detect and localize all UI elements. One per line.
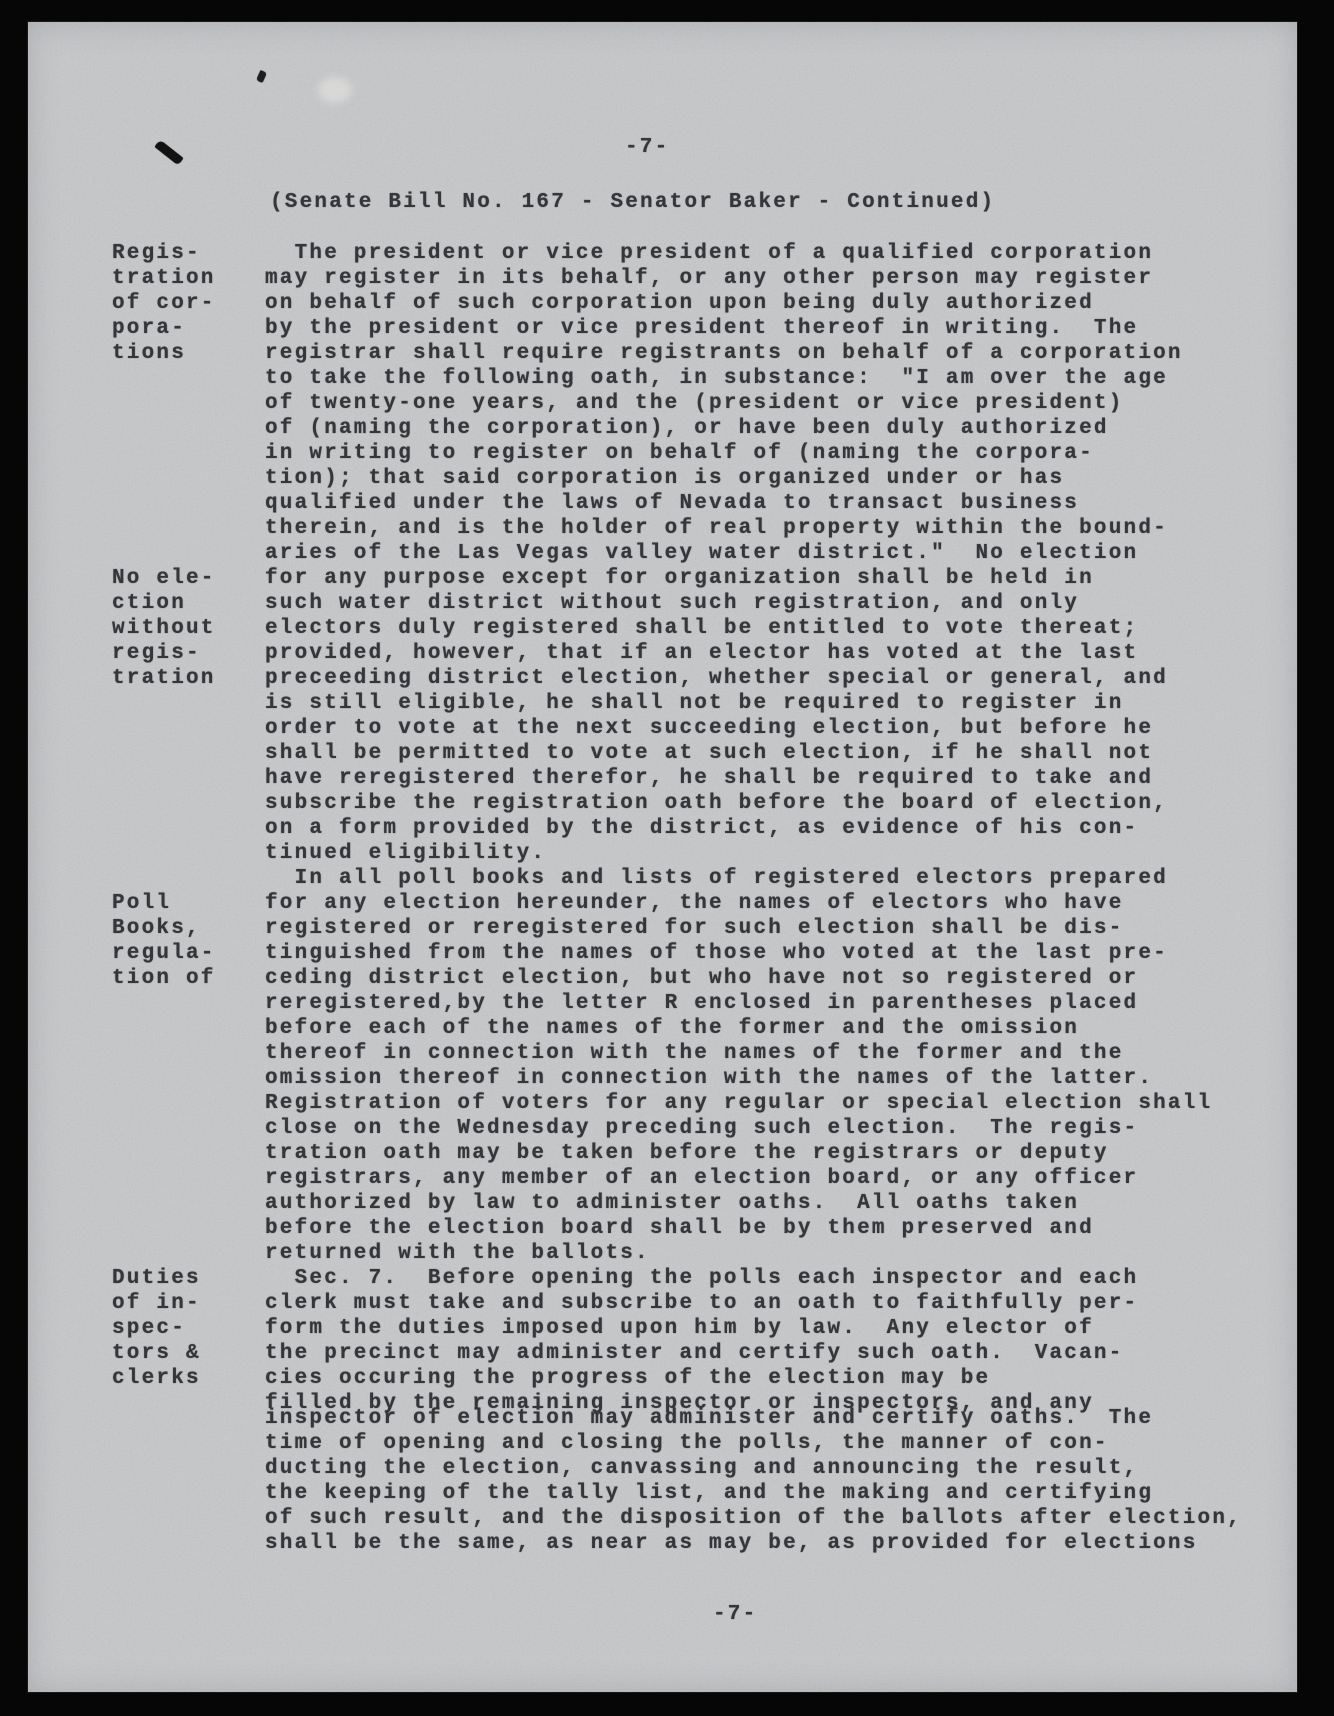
text-line: In all poll books and lists of registere… [112, 866, 1302, 891]
ink-mark [154, 140, 183, 166]
line-text: therein, and is the holder of real prope… [265, 516, 1168, 541]
paper-sheet: -7- (Senate Bill No. 167 - Senator Baker… [28, 22, 1297, 1692]
line-text: omission thereof in connection with the … [265, 1066, 1153, 1091]
line-text: inspector of election may administer and… [265, 1406, 1153, 1431]
text-line: Pollfor any election hereunder, the name… [112, 891, 1302, 916]
line-text: of twenty-one years, and the (president … [265, 391, 1124, 416]
margin-note: regula- [112, 941, 265, 966]
text-line: time of opening and closing the polls, t… [112, 1431, 1302, 1456]
text-line: tration oath may be taken before the reg… [112, 1141, 1302, 1166]
text-line: withoutelectors duly registered shall be… [112, 616, 1302, 641]
margin-note: of in- [112, 1291, 265, 1316]
line-text: Registration of voters for any regular o… [265, 1091, 1212, 1116]
line-text: on behalf of such corporation upon being… [265, 291, 1094, 316]
margin-note: tration [112, 666, 265, 691]
line-text: clerk must take and subscribe to an oath… [265, 1291, 1138, 1316]
line-text: the keeping of the tally list, and the m… [265, 1481, 1153, 1506]
line-text: tinguished from the names of those who v… [265, 941, 1168, 966]
line-text: registrars, any member of an election bo… [265, 1166, 1138, 1191]
text-line: returned with the ballots. [112, 1241, 1302, 1266]
margin-note: Duties [112, 1266, 265, 1291]
line-text: aries of the Las Vegas valley water dist… [265, 541, 1138, 566]
text-line: ducting the election, canvassing and ann… [112, 1456, 1302, 1481]
margin-note: regis- [112, 641, 265, 666]
margin-note: clerks [112, 1366, 265, 1391]
text-line: Duties Sec. 7. Before opening the polls … [112, 1266, 1302, 1291]
line-text: authorized by law to administer oaths. A… [265, 1191, 1079, 1216]
line-text: registered or reregistered for such elec… [265, 916, 1124, 941]
text-line: before each of the names of the former a… [112, 1016, 1302, 1041]
line-text: shall be the same, as near as may be, as… [265, 1531, 1198, 1556]
line-text: electors duly registered shall be entitl… [265, 616, 1138, 641]
page-number-bottom: -7- [713, 1602, 757, 1627]
scanned-document: -7- (Senate Bill No. 167 - Senator Baker… [0, 0, 1334, 1716]
line-text: before the election board shall be by th… [265, 1216, 1094, 1241]
text-line: spec-form the duties imposed upon him by… [112, 1316, 1302, 1341]
ink-speck [256, 70, 267, 83]
line-text: to take the following oath, in substance… [265, 366, 1168, 391]
text-line: of (naming the corporation), or have bee… [112, 416, 1302, 441]
margin-note: of cor- [112, 291, 265, 316]
line-text: close on the Wednesday preceding such el… [265, 1116, 1138, 1141]
line-text: ducting the election, canvassing and ann… [265, 1456, 1138, 1481]
line-text: shall be permitted to vote at such elect… [265, 741, 1153, 766]
text-line: regula-tinguished from the names of thos… [112, 941, 1302, 966]
text-line: tion ofceding district election, but who… [112, 966, 1302, 991]
line-text: subscribe the registration oath before t… [265, 791, 1168, 816]
line-text: tinued eligibility. [265, 841, 546, 866]
line-text: cies occuring the progress of the electi… [265, 1366, 990, 1391]
text-line: before the election board shall be by th… [112, 1216, 1302, 1241]
margin-note: tions [112, 341, 265, 366]
text-line: ctionsuch water district without such re… [112, 591, 1302, 616]
text-line: in writing to register on behalf of (nam… [112, 441, 1302, 466]
line-text: in writing to register on behalf of (nam… [265, 441, 1094, 466]
margin-note: Regis- [112, 241, 265, 266]
line-text: qualified under the laws of Nevada to tr… [265, 491, 1079, 516]
text-line: therein, and is the holder of real prope… [112, 516, 1302, 541]
text-line: reregistered,by the letter R enclosed in… [112, 991, 1302, 1016]
text-line: tors &the precinct may administer and ce… [112, 1341, 1302, 1366]
line-text: returned with the ballots. [265, 1241, 650, 1266]
line-text: the precinct may administer and certify … [265, 1341, 1124, 1366]
line-text: form the duties imposed upon him by law.… [265, 1316, 1094, 1341]
line-text: thereof in connection with the names of … [265, 1041, 1124, 1066]
margin-note: without [112, 616, 265, 641]
text-line: of in-clerk must take and subscribe to a… [112, 1291, 1302, 1316]
line-text: order to vote at the next succeeding ele… [265, 716, 1153, 741]
line-text: ceding district election, but who have n… [265, 966, 1138, 991]
line-text: Sec. 7. Before opening the polls each in… [265, 1266, 1138, 1291]
margin-note: Poll [112, 891, 265, 916]
document-body: Regis- The president or vice president o… [112, 241, 1302, 1556]
text-line: tionsregistrar shall require registrants… [112, 341, 1302, 366]
margin-note: Books, [112, 916, 265, 941]
line-text: of (naming the corporation), or have bee… [265, 416, 1109, 441]
line-text: reregistered,by the letter R enclosed in… [265, 991, 1138, 1016]
margin-note: tration [112, 266, 265, 291]
page-number-top: -7- [625, 135, 669, 160]
text-line: is still eligible, he shall not be requi… [112, 691, 1302, 716]
line-text: time of opening and closing the polls, t… [265, 1431, 1109, 1456]
text-line: the keeping of the tally list, and the m… [112, 1481, 1302, 1506]
margin-note: ction [112, 591, 265, 616]
text-line: of cor-on behalf of such corporation upo… [112, 291, 1302, 316]
text-line: Registration of voters for any regular o… [112, 1091, 1302, 1116]
line-text: on a form provided by the district, as e… [265, 816, 1138, 841]
line-text: In all poll books and lists of registere… [265, 866, 1168, 891]
text-line: authorized by law to administer oaths. A… [112, 1191, 1302, 1216]
text-line: aries of the Las Vegas valley water dist… [112, 541, 1302, 566]
line-text: preceeding district election, whether sp… [265, 666, 1168, 691]
text-line: registrars, any member of an election bo… [112, 1166, 1302, 1191]
text-line: Books,registered or reregistered for suc… [112, 916, 1302, 941]
text-line: No ele-for any purpose except for organi… [112, 566, 1302, 591]
text-line: regis-provided, however, that if an elec… [112, 641, 1302, 666]
margin-note: tion of [112, 966, 265, 991]
line-text: is still eligible, he shall not be requi… [265, 691, 1124, 716]
document-heading: (Senate Bill No. 167 - Senator Baker - C… [270, 190, 995, 215]
text-line: close on the Wednesday preceding such el… [112, 1116, 1302, 1141]
text-line: subscribe the registration oath before t… [112, 791, 1302, 816]
line-text: tion); that said corporation is organize… [265, 466, 1064, 491]
margin-note: No ele- [112, 566, 265, 591]
line-text: registrar shall require registrants on b… [265, 341, 1183, 366]
text-line: shall be the same, as near as may be, as… [112, 1531, 1302, 1556]
line-text: The president or vice president of a qua… [265, 241, 1153, 266]
text-line: of twenty-one years, and the (president … [112, 391, 1302, 416]
text-line: pora-by the president or vice president … [112, 316, 1302, 341]
text-line: have reregistered therefor, he shall be … [112, 766, 1302, 791]
line-text: for any purpose except for organization … [265, 566, 1094, 591]
line-text: tration oath may be taken before the reg… [265, 1141, 1109, 1166]
text-line: to take the following oath, in substance… [112, 366, 1302, 391]
line-text: of such result, and the disposition of t… [265, 1506, 1242, 1531]
margin-note: spec- [112, 1316, 265, 1341]
text-line: clerkscies occuring the progress of the … [112, 1366, 1302, 1391]
line-text: provided, however, that if an elector ha… [265, 641, 1138, 666]
text-line: omission thereof in connection with the … [112, 1066, 1302, 1091]
text-line: qualified under the laws of Nevada to tr… [112, 491, 1302, 516]
text-line: inspector of election may administer and… [112, 1406, 1302, 1431]
text-line: thereof in connection with the names of … [112, 1041, 1302, 1066]
text-line: on a form provided by the district, as e… [112, 816, 1302, 841]
text-line: Regis- The president or vice president o… [112, 241, 1302, 266]
text-line: trationmay register in its behalf, or an… [112, 266, 1302, 291]
text-line: order to vote at the next succeeding ele… [112, 716, 1302, 741]
text-line: of such result, and the disposition of t… [112, 1506, 1302, 1531]
line-text: before each of the names of the former a… [265, 1016, 1079, 1041]
margin-note: pora- [112, 316, 265, 341]
text-line: tinued eligibility. [112, 841, 1302, 866]
line-text: for any election hereunder, the names of… [265, 891, 1124, 916]
text-line: trationpreceeding district election, whe… [112, 666, 1302, 691]
text-line: shall be permitted to vote at such elect… [112, 741, 1302, 766]
line-text: such water district without such registr… [265, 591, 1079, 616]
line-text: by the president or vice president there… [265, 316, 1138, 341]
margin-note: tors & [112, 1341, 265, 1366]
paper-blemish [318, 77, 352, 103]
line-text: may register in its behalf, or any other… [265, 266, 1153, 291]
text-line: tion); that said corporation is organize… [112, 466, 1302, 491]
line-text: have reregistered therefor, he shall be … [265, 766, 1153, 791]
